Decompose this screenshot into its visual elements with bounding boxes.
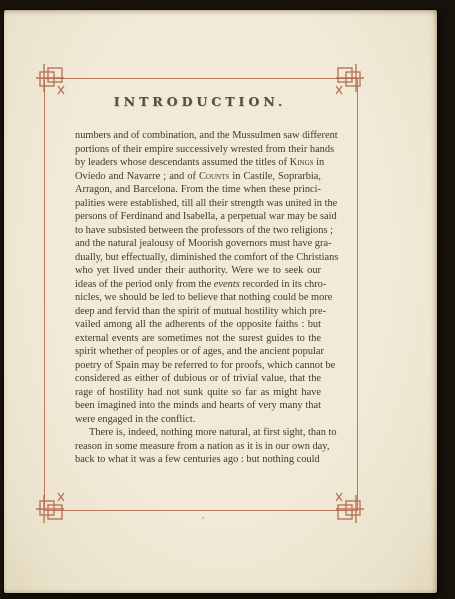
chapter-heading: INTRODUCTION. <box>44 94 356 109</box>
body-text: by leaders whose descendants assumed the… <box>75 157 290 168</box>
text-line: who yet lived under their authority. Wer… <box>75 264 321 278</box>
body-text: dually, but effectually, diminished the … <box>75 252 338 263</box>
text-line: ideas of the period only from the events… <box>75 278 321 292</box>
body-text: deep and fervid than the spirit of mutua… <box>75 306 326 317</box>
body-text: who yet lived under their authority. Wer… <box>75 265 321 276</box>
page-text: numbers and of combination, and the Muss… <box>75 129 321 467</box>
text-line: Oviedo and Navarre ; and of Counts in Ca… <box>75 170 321 184</box>
body-text: were engaged in the conflict. <box>75 414 195 425</box>
body-text: rage of hostility had not sunk quite so … <box>75 387 321 398</box>
text-line: back to what it was a few centuries ago … <box>75 453 321 467</box>
body-text: poetry of Spain may be referred to for p… <box>75 360 335 371</box>
text-line: reason in some measure from a nation as … <box>75 440 321 454</box>
text-line: portions of their empire successively wr… <box>75 143 321 157</box>
text-line: Arragon, and Barcelona. From the time wh… <box>75 183 321 197</box>
body-text: There is, indeed, nothing more natural, … <box>89 427 337 438</box>
small-caps-text: Kings <box>290 157 314 168</box>
text-line: been imagined into the minds and hearts … <box>75 399 321 413</box>
text-line: dually, but effectually, diminished the … <box>75 251 321 265</box>
body-text: portions of their empire successively wr… <box>75 144 334 155</box>
body-text: been imagined into the minds and hearts … <box>75 400 321 411</box>
body-text: persons of Ferdinand and Isabella, a per… <box>75 211 337 222</box>
text-line: palities were established, till all thei… <box>75 197 321 211</box>
text-line: by leaders whose descendants assumed the… <box>75 156 321 170</box>
body-text: to have subsisted between the professors… <box>75 225 333 236</box>
body-text: external events are sometimes not the su… <box>75 333 321 344</box>
text-line: to have subsisted between the professors… <box>75 224 321 238</box>
text-line: spirit whether of peoples or of ages, an… <box>75 345 321 359</box>
text-line: and the natural jealousy of Moorish gove… <box>75 237 321 251</box>
text-line: considered as either of dubious or of tr… <box>75 372 321 386</box>
body-text: recorded in its chro- <box>240 279 327 290</box>
body-text: in Castile, Soprarbia, <box>229 171 321 182</box>
text-line: poetry of Spain may be referred to for p… <box>75 359 321 373</box>
body-text: nicles, we should be led to believe that… <box>75 292 332 303</box>
text-line: were engaged in the conflict. <box>75 413 321 427</box>
text-line: external events are sometimes not the su… <box>75 332 321 346</box>
text-line: nicles, we should be led to believe that… <box>75 291 321 305</box>
body-text: considered as either of dubious or of tr… <box>75 373 321 384</box>
paper-speck <box>202 517 204 519</box>
text-line: numbers and of combination, and the Muss… <box>75 129 321 143</box>
body-text: back to what it was a few centuries ago … <box>75 454 320 465</box>
body-text: vailed among all the adherents of the op… <box>75 319 321 330</box>
small-caps-text: Counts <box>199 171 229 182</box>
body-text: reason in some measure from a nation as … <box>75 441 329 452</box>
body-text: and the natural jealousy of Moorish gove… <box>75 238 332 249</box>
body-text: spirit whether of peoples or of ages, an… <box>75 346 324 357</box>
text-line: persons of Ferdinand and Isabella, a per… <box>75 210 321 224</box>
body-text: numbers and of combination, and the Muss… <box>75 130 338 141</box>
italic-text: events <box>214 279 240 290</box>
text-line: deep and fervid than the spirit of mutua… <box>75 305 321 319</box>
body-text: Arragon, and Barcelona. From the time wh… <box>75 184 321 195</box>
body-text: in <box>314 157 325 168</box>
text-line: rage of hostility had not sunk quite so … <box>75 386 321 400</box>
photo-background: INTRODUCTION. numbers and of combination… <box>0 0 455 599</box>
corner-knot-ornament-bottom-left <box>34 481 78 525</box>
body-text: ideas of the period only from the <box>75 279 214 290</box>
corner-knot-ornament-bottom-right <box>322 481 366 525</box>
book-page: INTRODUCTION. numbers and of combination… <box>4 10 437 593</box>
body-text: palities were established, till all thei… <box>75 198 337 209</box>
body-text: Oviedo and Navarre ; and of <box>75 171 199 182</box>
text-line: There is, indeed, nothing more natural, … <box>75 426 321 440</box>
text-line: vailed among all the adherents of the op… <box>75 318 321 332</box>
